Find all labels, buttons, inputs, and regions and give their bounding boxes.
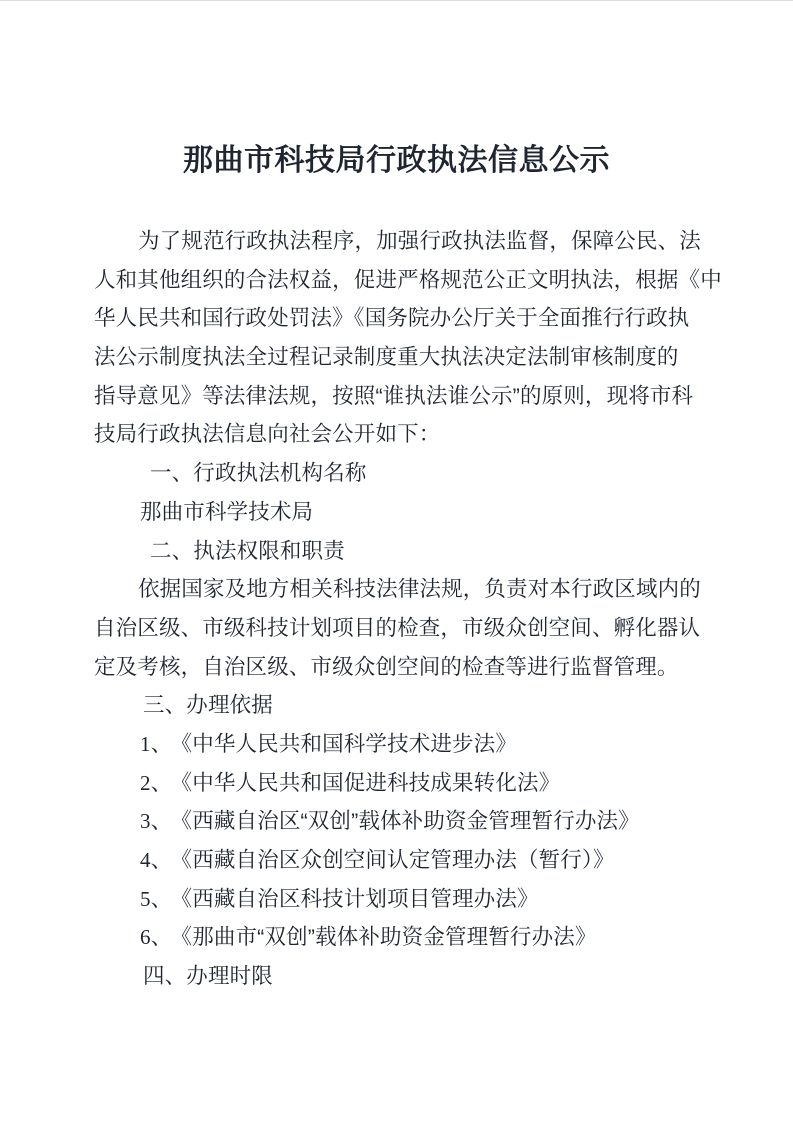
list-item-text: 《中华人民共和国促进科技成果转化法》 xyxy=(181,771,560,795)
section-body-line: 自治区级、市级科技计划项目的检查，市级众创空间、孵化器认 xyxy=(94,609,700,648)
list-item: 2、《中华人民共和国促进科技成果转化法》 xyxy=(94,764,700,803)
intro-line: 为了规范行政执法程序，加强行政执法监督，保障公民、法 xyxy=(94,222,700,261)
document-title: 那曲市科技局行政执法信息公示 xyxy=(0,141,793,181)
intro-line: 技局行政执法信息向社会公开如下： xyxy=(94,415,700,454)
section-body-line: 定及考核，自治区级、市级众创空间的检查等进行监督管理。 xyxy=(94,648,700,687)
document-body: 为了规范行政执法程序，加强行政执法监督，保障公民、法 人和其他组织的合法权益，促… xyxy=(0,222,793,996)
intro-line: 指导意见》等法律法规，按照“谁执法谁公示”的原则，现将市科 xyxy=(94,377,700,416)
list-item-separator: 、 xyxy=(151,771,173,795)
list-item-text: 《西藏自治区“双创”载体补助资金管理暂行办法》 xyxy=(181,809,640,833)
list-item: 3、《西藏自治区“双创”载体补助资金管理暂行办法》 xyxy=(94,802,700,841)
intro-line: 华人民共和国行政处罚法》《国务院办公厅关于全面推行行政执 xyxy=(94,299,700,338)
intro-line: 人和其他组织的合法权益，促进严格规范公正文明执法，根据《中 xyxy=(94,261,700,300)
list-item-number: 4 xyxy=(140,848,151,872)
list-item-number: 3 xyxy=(140,809,151,833)
list-item-number: 1 xyxy=(140,732,151,756)
list-item-separator: 、 xyxy=(151,732,173,756)
list-item: 6、《那曲市“双创”载体补助资金管理暂行办法》 xyxy=(94,918,700,957)
list-item-text: 《中华人民共和国科学技术进步法》 xyxy=(181,732,517,756)
list-item-text: 《那曲市“双创”载体补助资金管理暂行办法》 xyxy=(181,925,596,949)
list-item: 4、《西藏自治区众创空间认定管理办法（暂行）》 xyxy=(94,841,700,880)
list-item-separator: 、 xyxy=(151,848,173,872)
list-item-separator: 、 xyxy=(151,809,173,833)
list-item-number: 6 xyxy=(140,925,151,949)
list-item-number: 2 xyxy=(140,771,151,795)
section-heading-3: 三、办理依据 xyxy=(94,686,700,725)
list-item-separator: 、 xyxy=(151,887,173,911)
intro-line: 法公示制度执法全过程记录制度重大执法决定法制审核制度的 xyxy=(94,338,700,377)
document-page: 那曲市科技局行政执法信息公示 为了规范行政执法程序，加强行政执法监督，保障公民、… xyxy=(0,0,793,1122)
section-body-line: 依据国家及地方相关科技法律法规，负责对本行政区域内的 xyxy=(94,570,700,609)
section-heading-4: 四、办理时限 xyxy=(94,957,700,996)
list-item-text: 《西藏自治区科技计划项目管理办法》 xyxy=(181,887,538,911)
agency-name: 那曲市科学技术局 xyxy=(94,493,700,532)
list-item: 1、《中华人民共和国科学技术进步法》 xyxy=(94,725,700,764)
list-item-text: 《西藏自治区众创空间认定管理办法（暂行）》 xyxy=(181,848,614,872)
section-heading-2: 二、执法权限和职责 xyxy=(94,532,700,571)
list-item-separator: 、 xyxy=(151,925,173,949)
list-item: 5、《西藏自治区科技计划项目管理办法》 xyxy=(94,880,700,919)
list-item-number: 5 xyxy=(140,887,151,911)
section-heading-1: 一、行政执法机构名称 xyxy=(94,454,700,493)
